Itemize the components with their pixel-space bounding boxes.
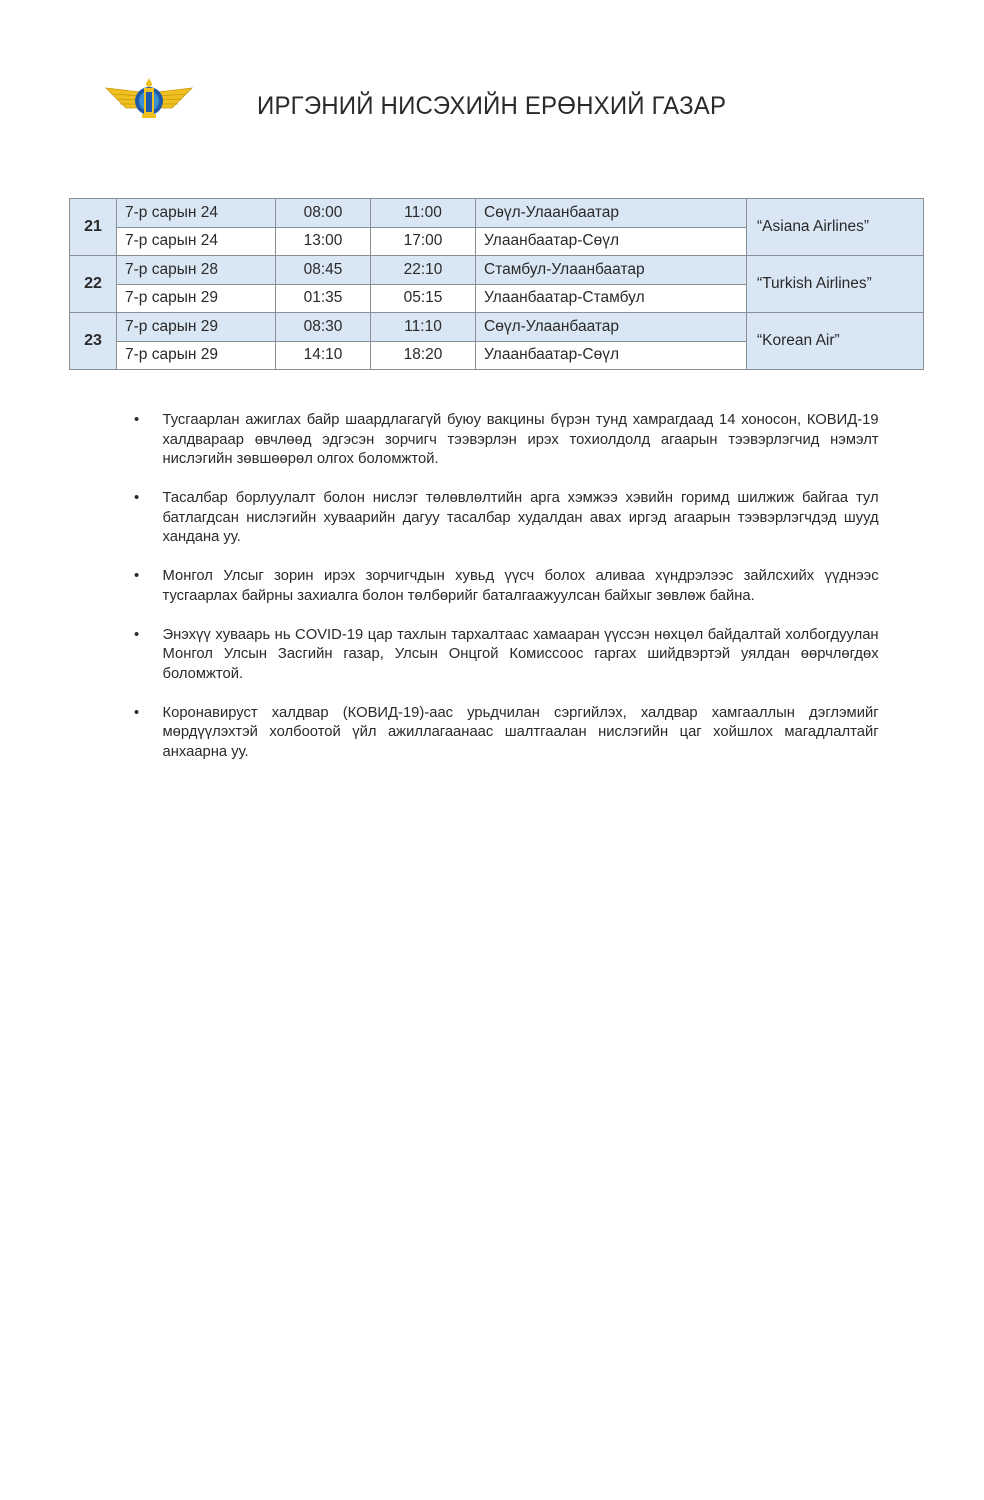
arrival-time: 17:00 — [371, 227, 476, 256]
departure-time: 14:10 — [276, 341, 371, 370]
page-header: ИРГЭНИЙ НИСЭХИЙН ЕРӨНХИЙ ГАЗАР — [0, 0, 984, 160]
group-number: 22 — [70, 256, 117, 313]
civil-aviation-emblem-icon — [104, 74, 194, 124]
departure-time: 08:00 — [276, 199, 371, 228]
airline-name: “Turkish Airlines” — [747, 256, 924, 313]
flight-route: Сөүл-Улаанбаатар — [476, 199, 747, 228]
flight-route: Сөүл-Улаанбаатар — [476, 313, 747, 342]
airline-name: “Korean Air” — [747, 313, 924, 370]
departure-time: 08:30 — [276, 313, 371, 342]
note-item: Тасалбар борлуулалт болон нислэг төлөвлө… — [130, 488, 879, 547]
flight-date: 7-р сарын 29 — [117, 341, 276, 370]
flight-date: 7-р сарын 29 — [117, 284, 276, 313]
airline-name: “Asiana Airlines” — [747, 199, 924, 256]
flight-schedule-table: 21 7-р сарын 24 08:00 11:00 Сөүл-Улаанба… — [69, 198, 924, 370]
table-row: 21 7-р сарын 24 08:00 11:00 Сөүл-Улаанба… — [70, 199, 924, 228]
flight-date: 7-р сарын 24 — [117, 227, 276, 256]
group-number: 23 — [70, 313, 117, 370]
group-number: 21 — [70, 199, 117, 256]
table-row: 22 7-р сарын 28 08:45 22:10 Стамбул-Улаа… — [70, 256, 924, 285]
flight-date: 7-р сарын 24 — [117, 199, 276, 228]
note-item: Тусгаарлан ажиглах байр шаардлагагүй бую… — [130, 410, 879, 469]
flight-route: Стамбул-Улаанбаатар — [476, 256, 747, 285]
departure-time: 13:00 — [276, 227, 371, 256]
note-item: Энэхүү хуваарь нь COVID-19 цар тахлын та… — [130, 625, 879, 684]
flight-route: Улаанбаатар-Стамбул — [476, 284, 747, 313]
notes-list: Тусгаарлан ажиглах байр шаардлагагүй бую… — [130, 410, 890, 781]
page-title: ИРГЭНИЙ НИСЭХИЙН ЕРӨНХИЙ ГАЗАР — [257, 92, 726, 121]
departure-time: 08:45 — [276, 256, 371, 285]
arrival-time: 22:10 — [371, 256, 476, 285]
note-item: Коронавируст халдвар (КОВИД-19)-аас урьд… — [130, 703, 879, 762]
arrival-time: 11:10 — [371, 313, 476, 342]
table-row: 23 7-р сарын 29 08:30 11:10 Сөүл-Улаанба… — [70, 313, 924, 342]
arrival-time: 11:00 — [371, 199, 476, 228]
arrival-time: 05:15 — [371, 284, 476, 313]
note-item: Монгол Улсыг зорин ирэх зорчигчдын хувьд… — [130, 566, 879, 605]
flight-route: Улаанбаатар-Сөүл — [476, 341, 747, 370]
flight-date: 7-р сарын 29 — [117, 313, 276, 342]
departure-time: 01:35 — [276, 284, 371, 313]
arrival-time: 18:20 — [371, 341, 476, 370]
flight-route: Улаанбаатар-Сөүл — [476, 227, 747, 256]
flight-date: 7-р сарын 28 — [117, 256, 276, 285]
